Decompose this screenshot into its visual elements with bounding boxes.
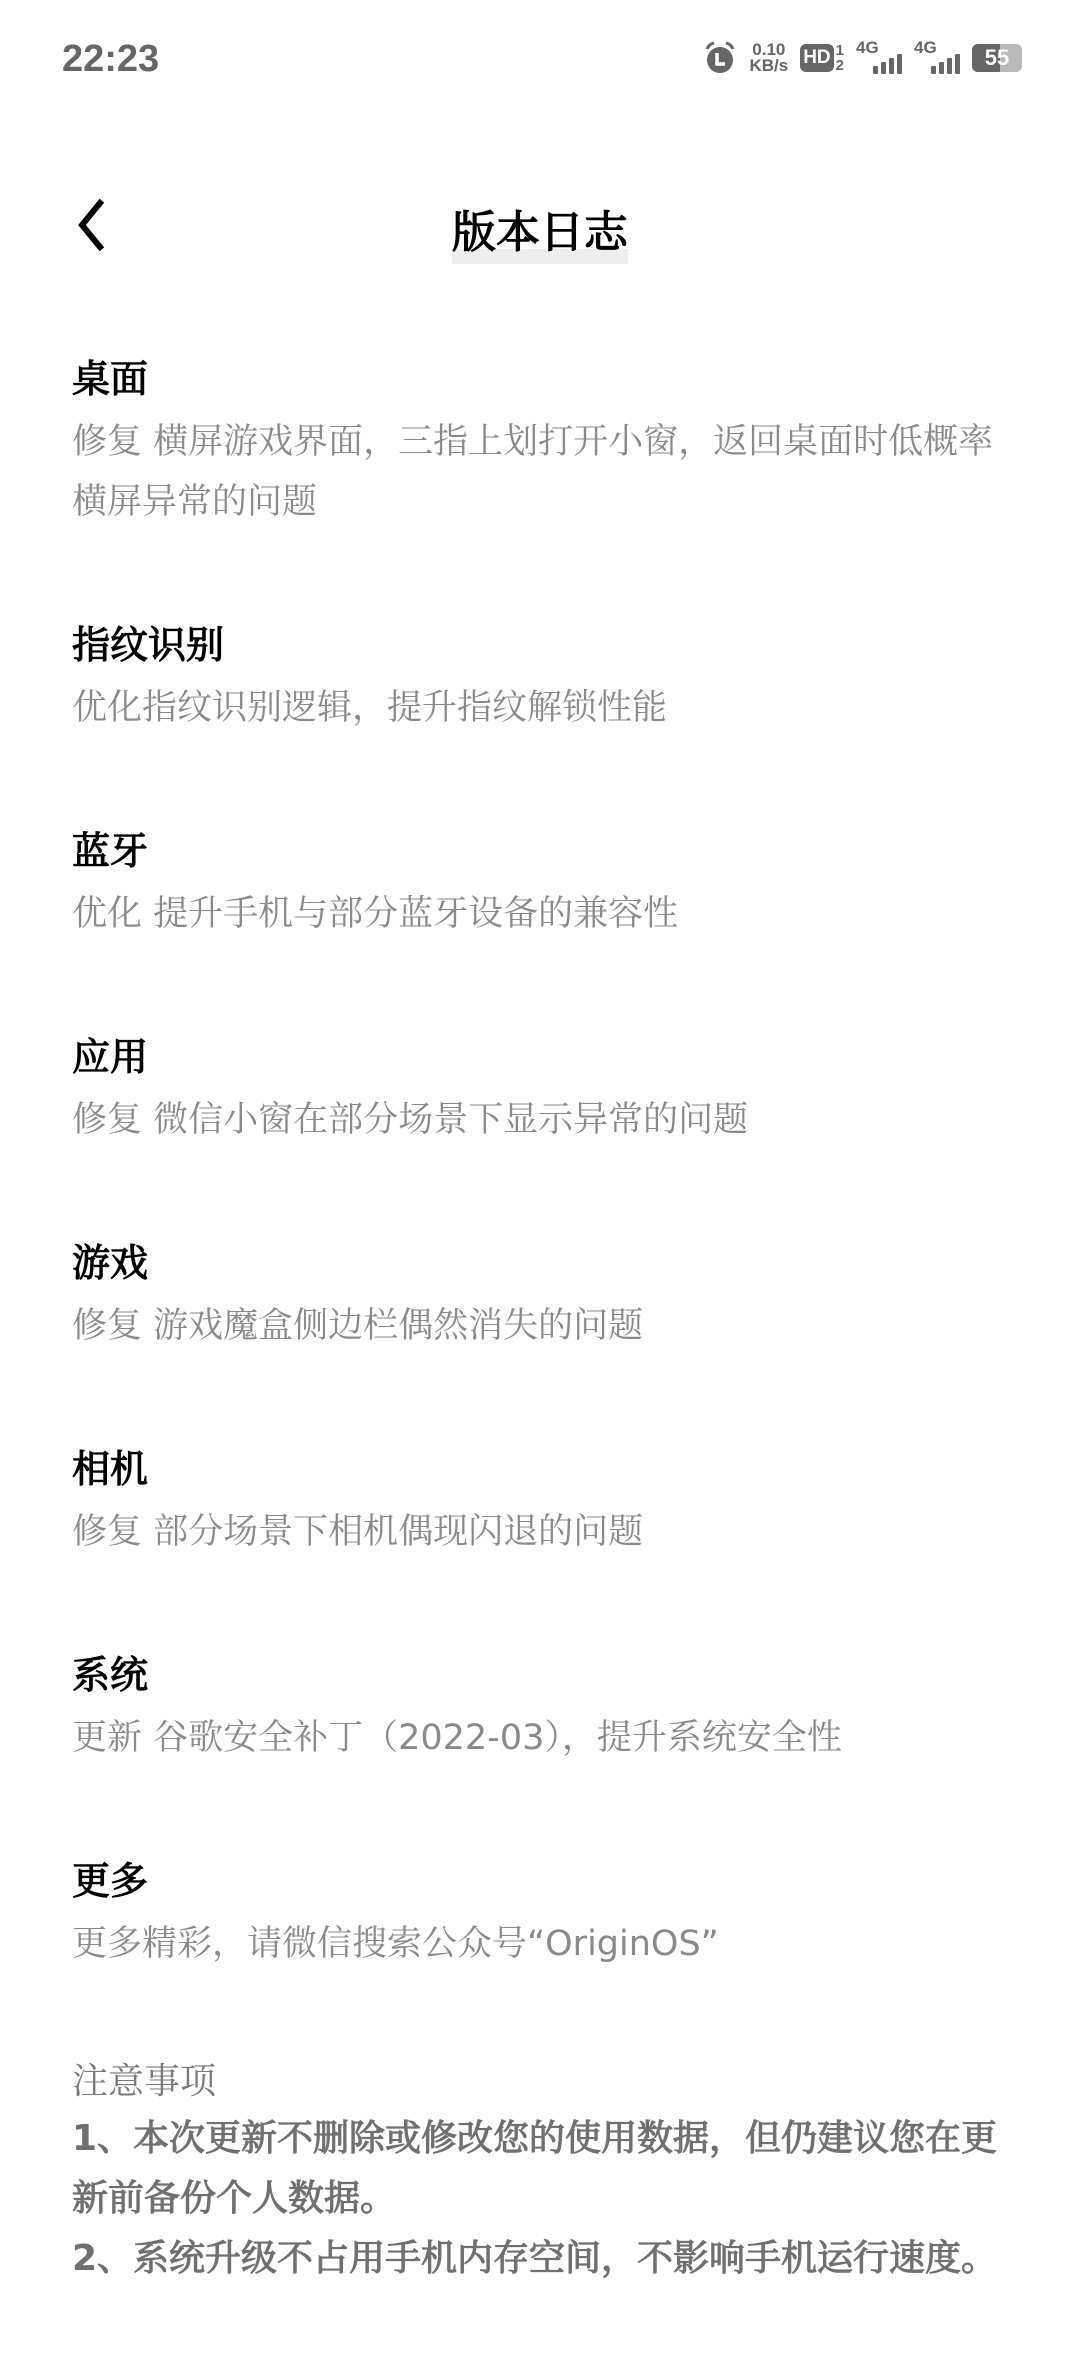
page-title-text: 版本日志 — [452, 207, 628, 264]
battery-level: 55 — [972, 44, 1022, 72]
changelog-section-desktop: 桌面 修复 横屏游戏界面，三指上划打开小窗，返回桌面时低概率横屏异常的问题 — [72, 354, 1002, 532]
signal-bars-icon — [873, 54, 902, 74]
changelog-section-camera: 相机 修复 部分场景下相机偶现闪退的问题 — [72, 1444, 1002, 1562]
status-icons: 0.10 KB/s HD 1 2 4G 4G 55 — [703, 38, 1022, 78]
section-title: 桌面 — [72, 354, 1002, 404]
status-bar: 22:23 0.10 KB/s HD 1 2 4G 4G — [0, 0, 1080, 120]
section-title: 系统 — [72, 1650, 1002, 1700]
note-item: 1、本次更新不删除或修改您的使用数据，但仍建议您在更新前备份个人数据。 — [72, 2109, 1002, 2229]
note-item: 2、系统升级不占用手机内存空间，不影响手机运行速度。 — [72, 2229, 1002, 2289]
status-time: 22:23 — [62, 38, 159, 81]
section-description: 修复 部分场景下相机偶现闪退的问题 — [72, 1502, 1002, 1562]
section-description: 修复 横屏游戏界面，三指上划打开小窗，返回桌面时低概率横屏异常的问题 — [72, 412, 1002, 532]
section-description: 修复 微信小窗在部分场景下显示异常的问题 — [72, 1090, 1002, 1150]
app-header: 版本日志 — [0, 170, 1080, 280]
changelog-section-more: 更多 更多精彩，请微信搜索公众号“OriginOS” — [72, 1856, 1002, 1974]
section-description: 更新 谷歌安全补丁（2022-03），提升系统安全性 — [72, 1708, 1002, 1768]
network-speed-unit: KB/s — [749, 58, 788, 74]
signal-4g-sim2: 4G — [914, 40, 960, 76]
section-description: 更多精彩，请微信搜索公众号“OriginOS” — [72, 1914, 1002, 1974]
section-title: 更多 — [72, 1856, 1002, 1906]
hd-label: HD — [800, 44, 833, 72]
section-title: 相机 — [72, 1444, 1002, 1494]
section-title: 蓝牙 — [72, 826, 1002, 876]
changelog-section-bluetooth: 蓝牙 优化 提升手机与部分蓝牙设备的兼容性 — [72, 826, 1002, 944]
section-title: 指纹识别 — [72, 620, 1002, 670]
section-description: 优化 提升手机与部分蓝牙设备的兼容性 — [72, 884, 1002, 944]
hd-voice-icon: HD 1 2 — [800, 43, 844, 73]
section-title: 游戏 — [72, 1238, 1002, 1288]
page-title: 版本日志 — [0, 196, 1080, 260]
hd-sim-top: 1 — [836, 43, 844, 58]
changelog-section-fingerprint: 指纹识别 优化指纹识别逻辑，提升指纹解锁性能 — [72, 620, 1002, 738]
section-description: 优化指纹识别逻辑，提升指纹解锁性能 — [72, 678, 1002, 738]
hd-sim-indices: 1 2 — [836, 43, 844, 73]
hd-sim-bottom: 2 — [836, 58, 844, 73]
section-title: 应用 — [72, 1032, 1002, 1082]
changelog-section-games: 游戏 修复 游戏魔盒侧边栏偶然消失的问题 — [72, 1238, 1002, 1356]
signal-bars-icon — [931, 54, 960, 74]
changelog-section-system: 系统 更新 谷歌安全补丁（2022-03），提升系统安全性 — [72, 1650, 1002, 1768]
section-description: 修复 游戏魔盒侧边栏偶然消失的问题 — [72, 1296, 1002, 1356]
notes-title: 注意事项 — [72, 2055, 1002, 2109]
battery-icon: 55 — [972, 44, 1022, 72]
alarm-icon — [703, 41, 737, 75]
notes-section: 注意事项 1、本次更新不删除或修改您的使用数据，但仍建议您在更新前备份个人数据。… — [72, 2055, 1002, 2289]
changelog-section-apps: 应用 修复 微信小窗在部分场景下显示异常的问题 — [72, 1032, 1002, 1150]
signal-4g-sim1: 4G — [856, 40, 902, 76]
network-speed: 0.10 KB/s — [749, 42, 788, 74]
